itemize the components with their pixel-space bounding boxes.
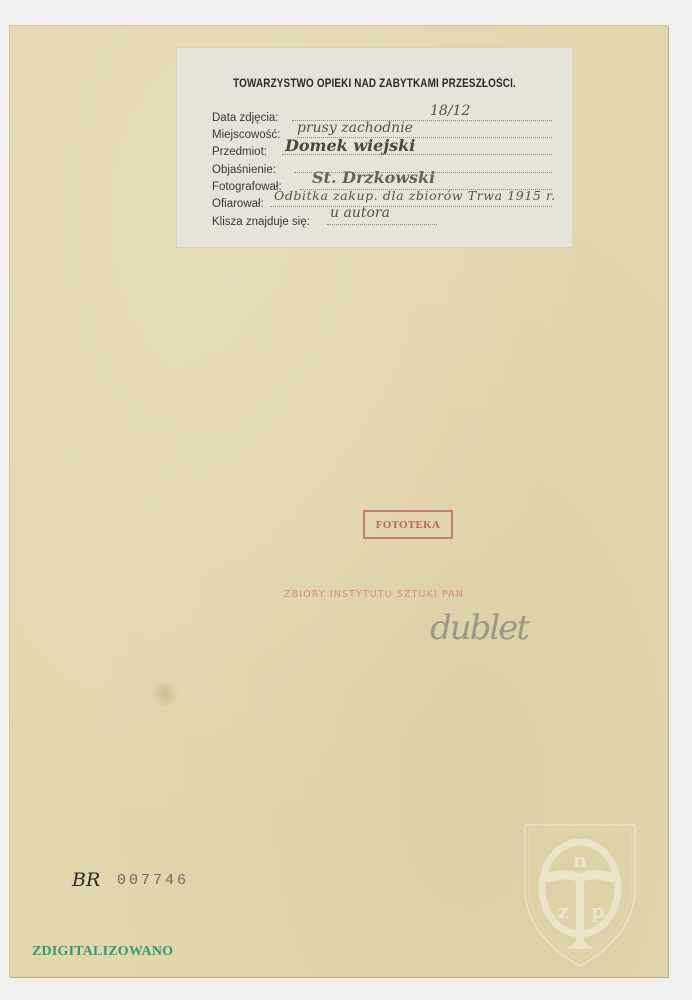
field-value-subject: Domek wiejski: [285, 136, 415, 155]
field-label: Klisza znajduje się:: [212, 216, 310, 228]
field-label: Miejscowość:: [212, 129, 280, 141]
svg-text:z: z: [557, 899, 568, 923]
field-location: Miejscowość:: [212, 125, 280, 141]
inventory-number: 007746: [117, 872, 189, 889]
tozp-emblem-icon: n z p: [521, 823, 639, 968]
inventory-prefix: BR: [72, 869, 100, 891]
field-value-location: prusy zachodnie: [297, 120, 413, 136]
field-label: Fotografował:: [212, 181, 282, 193]
svg-text:n: n: [573, 848, 588, 872]
fototeka-stamp: FOTOTEKA: [363, 510, 453, 539]
field-donor: Ofiarował:: [212, 194, 264, 210]
field-explanation: Objaśnienie:: [212, 160, 276, 176]
field-value-donor: Odbitka zakup. dla zbiorów Trwa 1915 r.: [274, 188, 556, 203]
field-value-date: 18/12: [430, 103, 470, 119]
svg-text:p: p: [591, 899, 605, 923]
dotted-line: [327, 224, 437, 225]
stain: [150, 681, 180, 707]
dotted-line: [270, 206, 552, 207]
field-label: Objaśnienie:: [212, 164, 276, 176]
pencil-note: dublet: [430, 608, 528, 648]
photo-card-back: TOWARZYSTWO OPIEKI NAD ZABYTKAMI PRZESZŁ…: [10, 26, 668, 977]
field-negative: Klisza znajduje się:: [212, 212, 310, 228]
field-label: Data zdjęcia:: [212, 112, 278, 124]
field-subject: Przedmiot:: [212, 142, 267, 158]
field-photographer: Fotografował:: [212, 177, 282, 193]
field-label: Przedmiot:: [212, 146, 267, 158]
field-value-photographer: St. Drzkowski: [312, 168, 435, 187]
field-value-negative: u autora: [330, 205, 390, 221]
collection-stamp: ZBIORY INSTYTUTU SZTUKI PAN: [284, 589, 464, 600]
field-label: Ofiarował:: [212, 198, 264, 210]
digitized-stamp: ZDIGITALIZOWANO: [32, 944, 173, 960]
catalog-label: TOWARZYSTWO OPIEKI NAD ZABYTKAMI PRZESZŁ…: [177, 48, 572, 247]
label-title: TOWARZYSTWO OPIEKI NAD ZABYTKAMI PRZESZŁ…: [205, 78, 545, 90]
field-date: Data zdjęcia:: [212, 108, 278, 124]
